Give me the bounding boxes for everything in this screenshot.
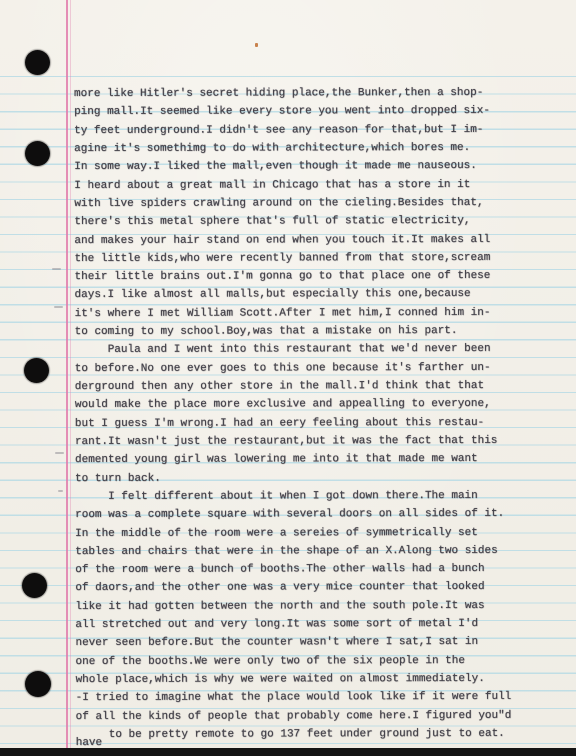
typed-line: the little kids,who were recently banned… [74, 249, 544, 269]
typed-line: of all the kinds of people that probably… [76, 706, 546, 726]
pencil-mark [54, 306, 63, 308]
typed-line: and makes your hair stand on end when yo… [74, 230, 544, 250]
typed-line: one of the booths.We were only two of th… [75, 651, 545, 671]
typed-line: of the room were a bunch of booths.The o… [75, 560, 545, 580]
typed-line: tables and chairs that were in the shape… [75, 542, 545, 562]
typed-line: their little brains out.I'm gonna go to … [74, 267, 544, 287]
typed-line: it's where I met William Scott.After I m… [75, 304, 545, 324]
typed-text: more like Hitler's secret hiding place,t… [74, 84, 546, 744]
typed-line: Paula and I went into this restaurant th… [75, 340, 545, 360]
typed-line: ty feet underground.I didn't see any rea… [74, 120, 544, 140]
typed-line: to coming to my school.Boy,was that a mi… [75, 322, 545, 342]
punch-hole [22, 573, 47, 598]
typed-line: In some way.I liked the mall,even though… [74, 157, 544, 177]
typed-line: but I guess I'm wrong.I had an eery feel… [75, 413, 545, 433]
typed-line: with live spiders crawling around on the… [74, 194, 544, 214]
typed-line: all stretched out and very long.It was s… [75, 615, 545, 635]
typed-line: to turn back. [75, 468, 545, 488]
punch-hole [25, 50, 50, 75]
typed-line: to before.No one ever goes to this one b… [75, 358, 545, 378]
paper-speck [255, 43, 258, 47]
typed-line: of daors,and the other one was a very mi… [75, 578, 545, 598]
typed-line: whole place,which is why we were waited … [76, 670, 546, 690]
typed-line: like it had gotten between the north and… [75, 597, 545, 617]
typed-line: derground then any other store in the ma… [75, 377, 545, 397]
pencil-mark [52, 268, 61, 270]
typed-line: demented young girl was lowering me into… [75, 450, 545, 470]
typed-line: I felt different about it when I got dow… [75, 487, 545, 507]
typed-line: would make the place more exclusive and … [75, 395, 545, 415]
typed-line: there's this metal sphere that's full of… [74, 212, 544, 232]
notebook-page: more like Hitler's secret hiding place,t… [0, 0, 576, 756]
pencil-mark [58, 490, 63, 492]
typed-line: room was a complete square with several … [75, 505, 545, 525]
punch-hole [24, 358, 49, 383]
typed-line: In the middle of the room were a sereies… [75, 523, 545, 543]
typed-last-line: have to be pretty remote to go 137 feet … [76, 725, 546, 745]
typed-line: I heard about a great mall in Chicago th… [74, 175, 544, 195]
typed-line: rant.It wasn't just the restaurant,but i… [75, 432, 545, 452]
typed-line: days.I like almost all malls,but especia… [75, 285, 545, 305]
margin-line-echo [70, 0, 71, 756]
punch-hole [25, 141, 50, 166]
typed-lines-slot: more like Hitler's secret hiding place,t… [74, 84, 546, 726]
pencil-mark [55, 452, 64, 454]
typed-line: -I tried to imagine what the place would… [76, 688, 546, 708]
typed-line: agine it's somethimg to do with architec… [74, 139, 544, 159]
scan-edge-bar [0, 748, 576, 756]
margin-line [66, 0, 68, 756]
typed-line: ping mall.It seemed like every store you… [74, 102, 544, 122]
punch-hole [25, 671, 51, 697]
typed-line: more like Hitler's secret hiding place,t… [74, 84, 544, 104]
last-line-rest: to be pretty remote to go 137 feet under… [102, 728, 505, 741]
typed-line: never seen before.But the counter wasn't… [75, 633, 545, 653]
